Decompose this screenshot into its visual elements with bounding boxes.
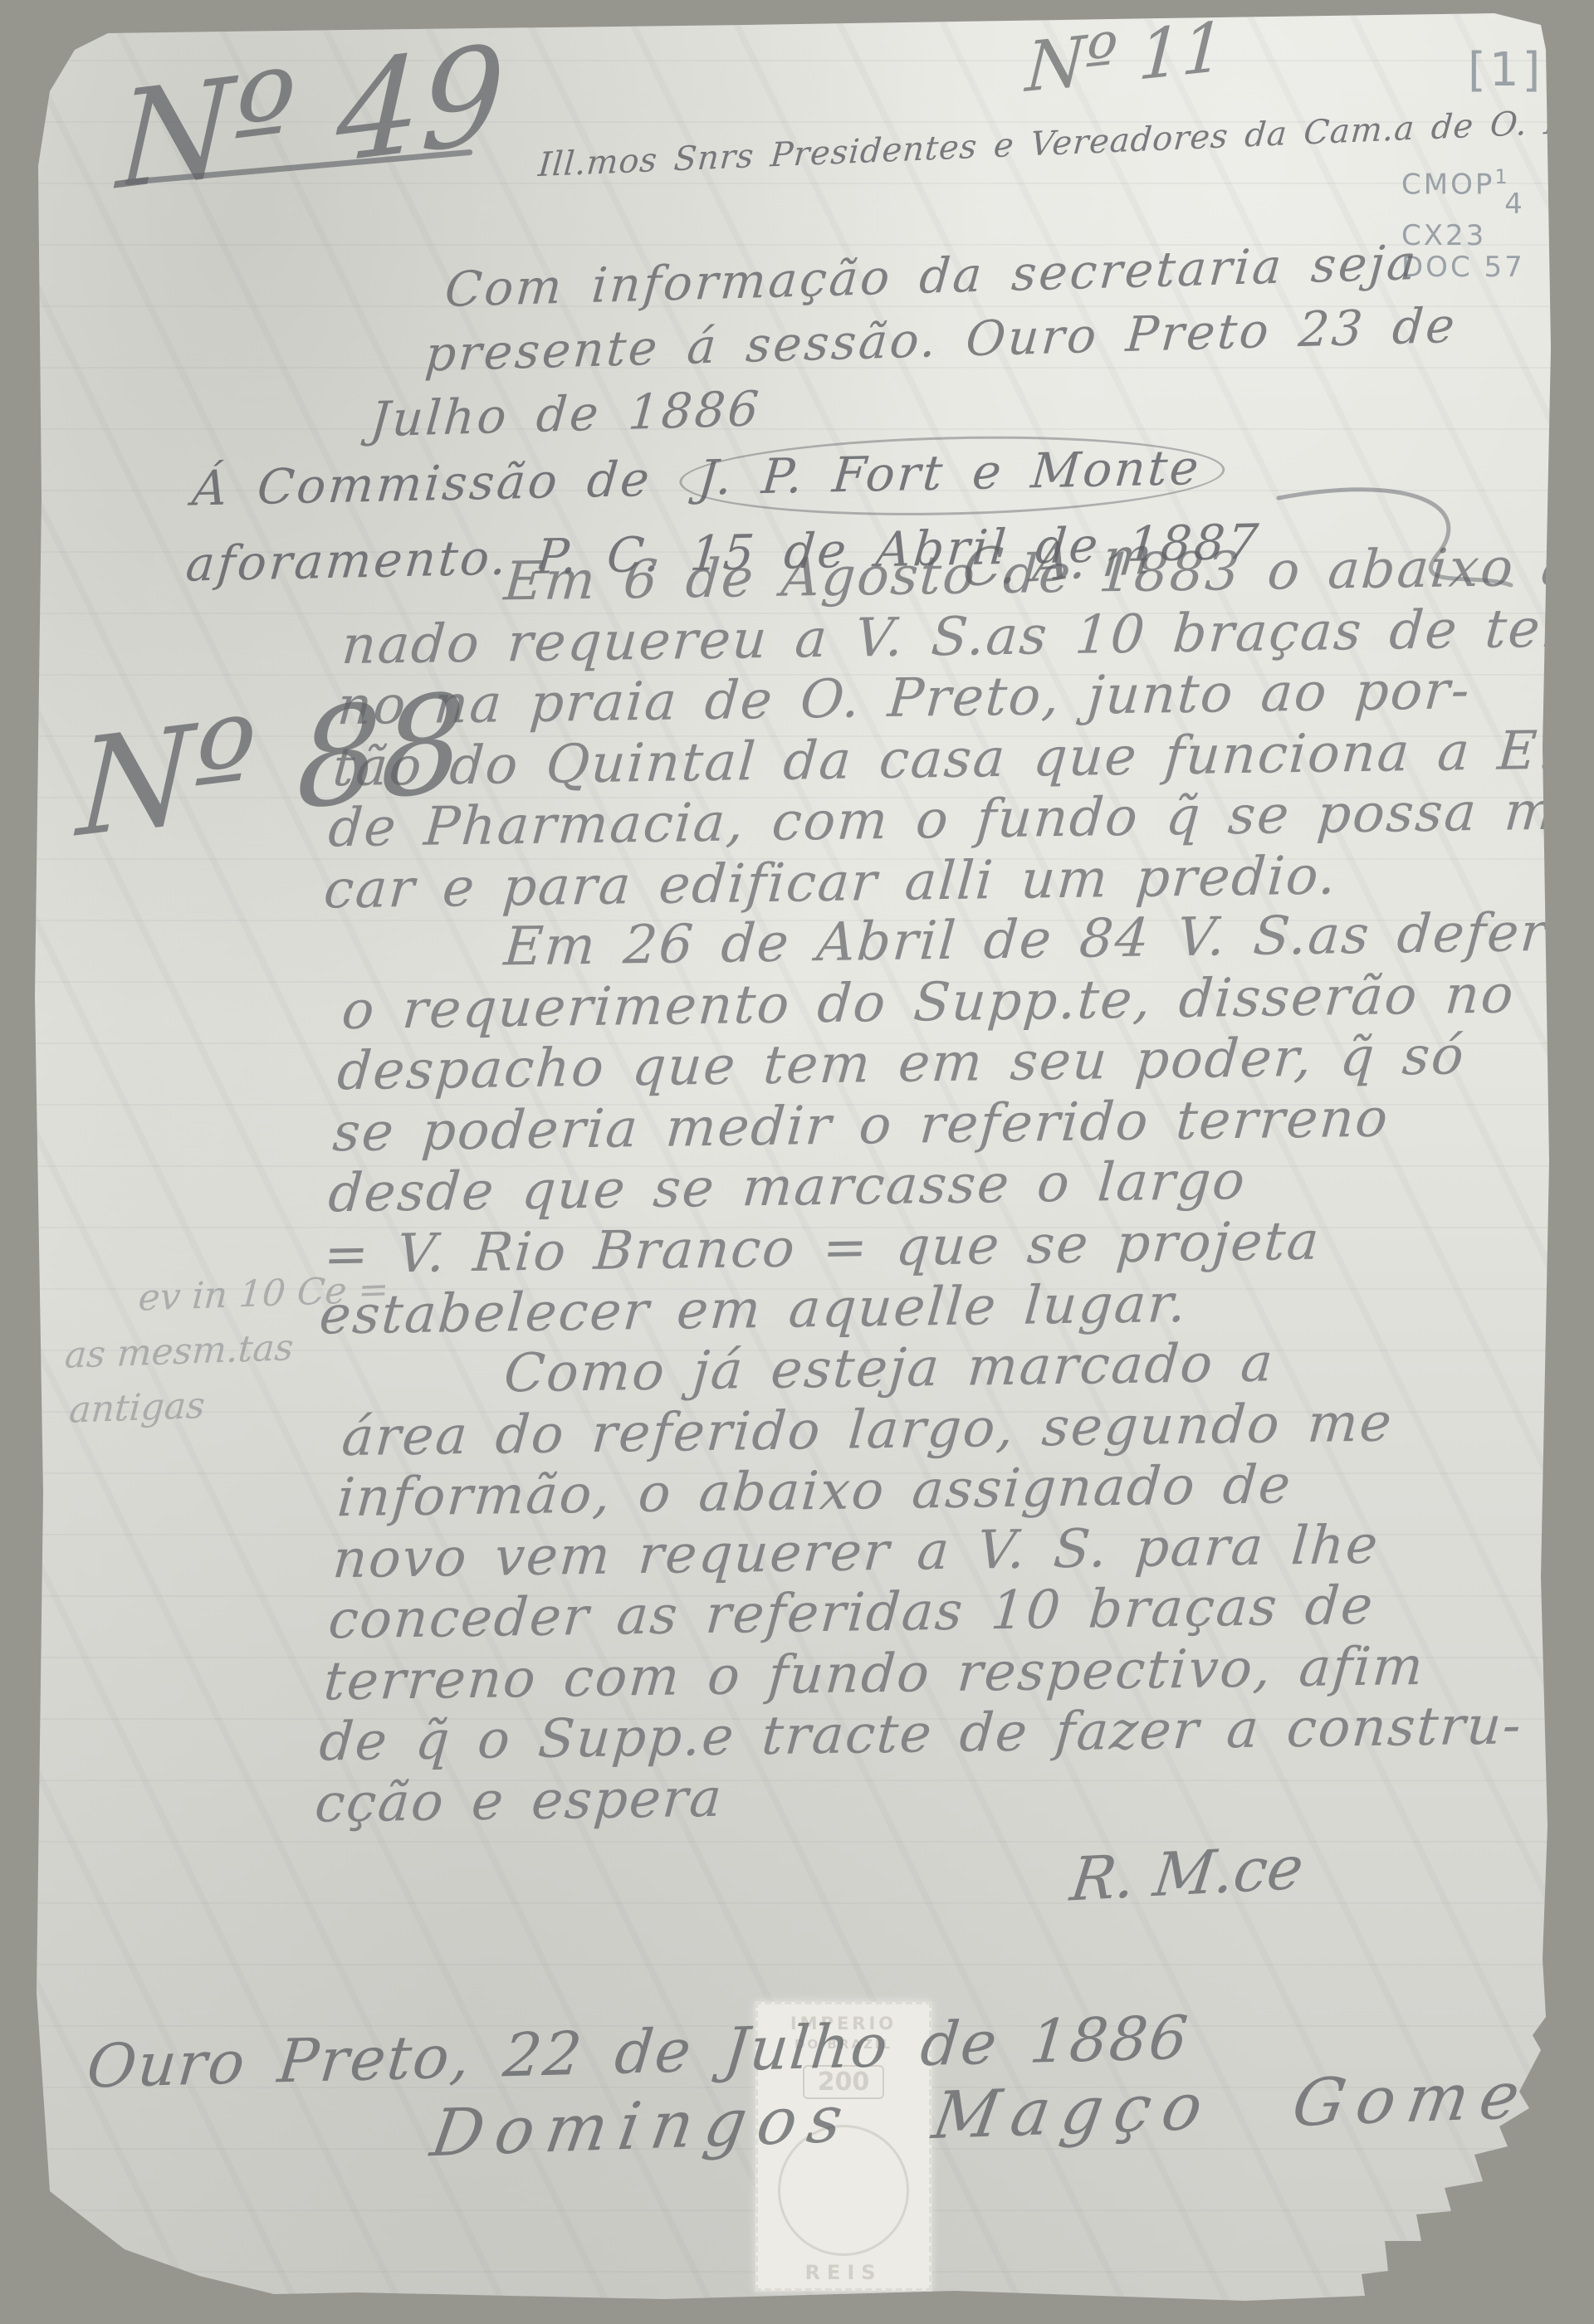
body-paragraph-3: Como já esteja marcado aárea do referido… bbox=[313, 1330, 1552, 1835]
handwritten-text-line: antigas bbox=[67, 1372, 383, 1438]
document-scan: IMPERIO DO BRAZIL 200 REIS Nº 49 Nº 11 [… bbox=[0, 0, 1594, 2324]
document-paper: IMPERIO DO BRAZIL 200 REIS Nº 49 Nº 11 [… bbox=[0, 0, 1594, 2324]
page-number-mark: [1] bbox=[1468, 43, 1543, 97]
dispatch-note: Com informação da secretaria sejapresent… bbox=[368, 230, 1464, 452]
body-paragraph-1: Em 6 de Agosto de 1883 o abaixo assig-na… bbox=[322, 535, 1594, 920]
archive-number-11: Nº 11 bbox=[1024, 7, 1226, 108]
stamp-unit: REIS bbox=[755, 2261, 931, 2284]
archive-number-49: Nº 49 bbox=[115, 15, 507, 219]
body-paragraph-2: Em 26 de Abril de 84 V. S.as deferindoo … bbox=[317, 901, 1594, 1347]
circled-names: J. P. Fort e Monte bbox=[676, 431, 1228, 520]
closing-initials: R. M.ce bbox=[1067, 1832, 1308, 1914]
